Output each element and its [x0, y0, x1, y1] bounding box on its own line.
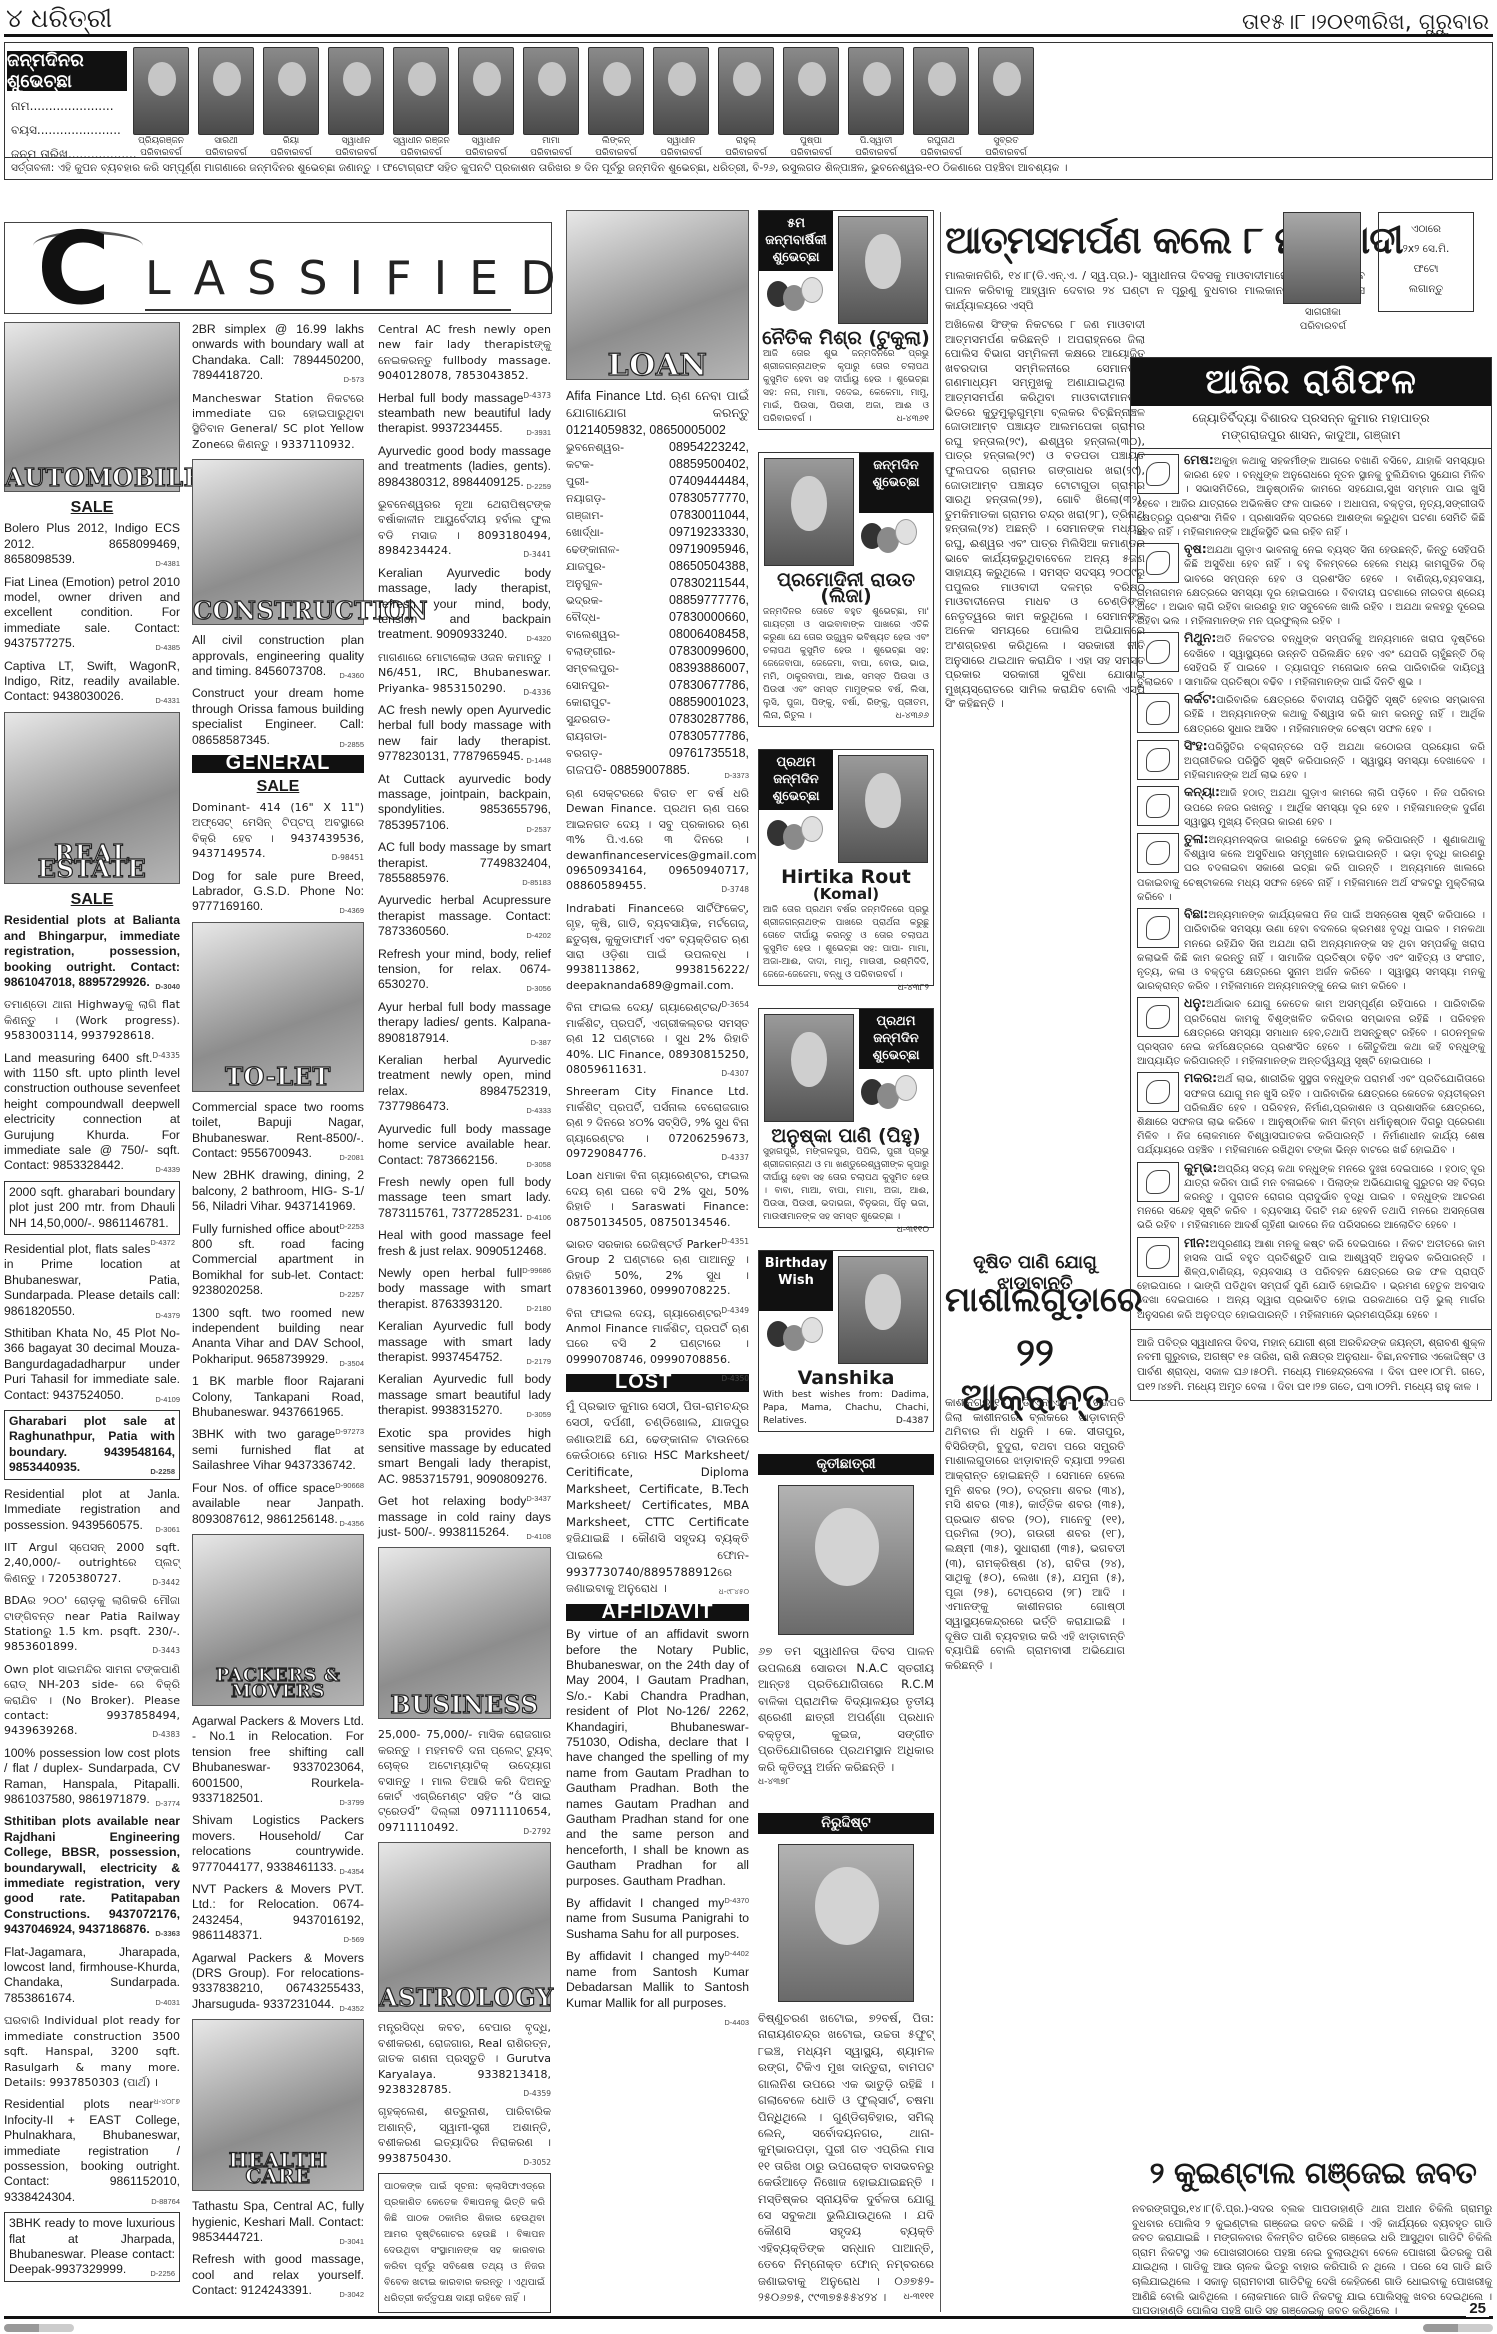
maoist-body: ଅଖିଳେଶ ସିଂଙ୍କ ନିକଟରେ ୮ ଜଣ ମାଓବାଦୀ ଆତ୍ମସମ… — [945, 318, 1145, 1238]
achiever-heading: କୃତୀଛାତ୍ରୀ — [758, 1454, 934, 1475]
birthday-kid: ସ୍ୱାଧୀନ ପରିବାରବର୍ଗ — [458, 47, 514, 159]
district-name: ବୌଦ୍ଧ- — [566, 609, 600, 626]
ad-code: D-2256 — [150, 2266, 175, 2281]
ad-text: ଘରବାରି Individual plot ready for immedia… — [4, 2014, 180, 2089]
ad-code: D-3931 — [526, 425, 551, 440]
ad-code: ଧ-୪୩୬୧ — [896, 413, 929, 426]
ad-code: D-2253 — [339, 1219, 364, 1234]
classified-banner: C LASSIFIED — [4, 222, 552, 314]
greeting-card: Birthday Wish Vanshika With best wishes … — [758, 1250, 934, 1431]
district-phone: 07830011044, — [670, 507, 749, 524]
classified-ad: Land measuring 6400 sft. with 1150 sft. … — [4, 1051, 180, 1174]
greeting-badge: ପ୍ରଥମ ଜନ୍ମଦିନ ଶୁଭେଚ୍ଛା — [859, 1009, 933, 1069]
zodiac-entry: କର୍କଟ:ପାରିବାରିକ କ୍ଷେତ୍ରରେ ବିବାଦୀୟ ପରିସ୍ଥ… — [1137, 692, 1485, 737]
zodiac-reading: ଅଯଥା ଗୁଡ଼ାଏ ଭାବନାକୁ ନେଇ ବ୍ୟସ୍ତ ସିନା ହେଉଛ… — [1137, 545, 1485, 627]
district-phone: 08954223242, — [669, 439, 749, 456]
classified-ad: 3BHK ready to move luxurious flat at Jha… — [4, 2212, 180, 2282]
birthday-kid: ରାହୁଲ୍ ପରିବାରବର୍ଗ — [718, 47, 774, 159]
ad-code: D-573 — [344, 372, 364, 387]
kid-name: ପ୍ରିୟରଞ୍ଜନ — [133, 135, 189, 147]
ad-code: D-2855 — [339, 737, 364, 752]
ad-text: Ayurvedic herbal Acupressure therapist m… — [378, 893, 551, 938]
ad-code: ଧ-୪୩୬୬ — [896, 710, 930, 723]
classified-ad: ମାଗଣାରେ ମୋଟାଲୋକ ଓଜନ କମାନ୍ତୁ । N6/451, IR… — [378, 650, 551, 696]
zodiac-reading: ଅକୁହା କଥାକୁ ସହକର୍ମୀଙ୍କ ଆଗରେ ବଖାଣି ବସିବେ,… — [1137, 456, 1485, 538]
classified-ad: Sthitiban plots available near Rajdhani … — [4, 1814, 180, 1937]
classified-ad: Fiat Linea (Emotion) petrol 2010 model, … — [4, 575, 180, 652]
greeting-badge: ୫ମ ଜନ୍ମବାର୍ଷିକୀ ଶୁଭେଚ୍ଛା — [759, 211, 833, 271]
zodiac-name: ତୁଳା: — [1184, 831, 1209, 846]
district-phone: 08393886007, — [669, 660, 749, 677]
classified-ad: By affidavit I changed my name from Sant… — [566, 1949, 749, 2011]
ad-code: D-4356 — [339, 1516, 364, 1531]
ad-code: D-2537 — [526, 822, 551, 837]
ad-code: D-4339 — [155, 1162, 180, 1177]
classified-ad: Exotic spa provides high sensitive massa… — [378, 1426, 551, 1488]
classified-ad: Refresh with good massage, cool and rela… — [192, 2252, 364, 2298]
classified-ad: Keralian Ayurvedic full body massage wit… — [378, 1319, 551, 1365]
classified-ad: Indrabati Financeରେ ସାର୍ଟିଫିକେଟ୍, ଗୃହ, କ… — [566, 901, 749, 993]
reader-notice: ପାଠକଙ୍କ ପାଇଁ ସୂଚନା: କ୍ଲାସିଫାଏଡ୍‌ରେ ପ୍ରକା… — [378, 2173, 551, 2313]
ad-text: Central AC fresh newly open new fair lad… — [378, 323, 551, 382]
zodiac-entry: ମିଥୁନ:ଅତି ନିକଟତର ବନ୍ଧୁଙ୍କ ସମ୍ପର୍କକୁ ଅନ୍ୟ… — [1137, 631, 1485, 690]
zodiac-sign-icon — [1137, 693, 1179, 733]
classified-ad: By affidavit I changed my name from Susu… — [566, 1896, 749, 1942]
ad-text: Keralian herbal Ayurvedic treatment newl… — [378, 1053, 551, 1113]
horoscope-box: ଆଜିର ରାଶିଫଳ ଜ୍ୟୋତିର୍ବିଦ୍ୟା ବିଶାରଦ ପ୍ରସନ୍… — [1130, 357, 1492, 1401]
greeting-photo — [764, 458, 854, 566]
ad-text: Refresh with good massage, cool and rela… — [192, 2252, 364, 2297]
greeting-card: ୫ମ ଜନ୍ମବାର୍ଷିକୀ ଶୁଭେଚ୍ଛା ନୈତିକ ମିଶ୍ର (ଟୁ… — [758, 210, 934, 430]
real-estate-category-image: REAL ESTATE — [4, 712, 180, 884]
classified-ad: Heal with good massage feel fresh & just… — [378, 1228, 551, 1259]
greeting-message-block: ସୁହାଗପୁର, ମଙ୍ଗଳପୁର, ପିପିଲି, ପୁରୀ ପ୍ରଭୁ ଶ… — [759, 1146, 933, 1227]
zodiac-name: ମେଷ: — [1184, 452, 1214, 467]
ad-text: All civil construction plan approvals, e… — [192, 633, 364, 678]
zodiac-sign-icon — [1137, 740, 1179, 780]
classified-ad: 2000 sqft. gharabari boundary plot just … — [4, 1181, 180, 1235]
ad-code: D-4350 — [721, 1371, 749, 1386]
zodiac-reading: ଅପୂରଣୀୟ ଆଶା ମନକୁ କଷ୍ଟ କରି ଦେଇପାରେ । ନିକଟ… — [1137, 1239, 1485, 1321]
column-rule — [940, 212, 941, 2312]
classified-ad: Gharabari plot sale at Raghunathpur, Pat… — [4, 1410, 180, 1480]
ad-code: D-4373 — [523, 388, 551, 403]
birthday-kid: ଲିଙ୍କନ୍ ପରିବାରବର୍ଗ — [588, 47, 644, 159]
district-phone-row: ସୋନପୁର- 07830677786, — [566, 677, 749, 694]
district-name: ଭୁବନେଶ୍ୱର- — [566, 439, 624, 456]
astrology-category-image: ASTROLOGY — [378, 1842, 551, 2012]
classified-ad: 2BR simplex @ 16.99 lakhs onwards with b… — [192, 322, 364, 384]
property-ads: 2BR simplex @ 16.99 lakhs onwards with b… — [192, 322, 364, 452]
district-phone: 09719095946, — [669, 541, 749, 558]
zodiac-reading: ଅର୍ଥ ଲାଭ, ଶାରୀରିକ ସୁସ୍ଥତା ବନ୍ଧୁଙ୍କ ପରାମର… — [1137, 1074, 1485, 1156]
district-phone-row: ଢେଙ୍କାନାଳ- 09719095946, — [566, 541, 749, 558]
classified-ad: Loan ଧମାକା ବିନା ଗ୍ୟାରେଣ୍ଟର, ଫାଇଲ ଦେୟ ଋଣ … — [566, 1168, 749, 1230]
ad-text: Mancheswar Station ନିକଟରେ immediate ଘର ହ… — [192, 392, 364, 451]
ad-text: Fully furnished office about 800 sft. ro… — [192, 1222, 364, 1298]
classified-ad: Ayurvedic full body massage home service… — [378, 1122, 551, 1168]
date-line: ତା୧୫।୮।୨୦୧୩ରିଖ, ଗୁରୁବାର — [1242, 10, 1489, 35]
classified-word: LASSIFIED — [145, 251, 578, 305]
ad-code: D-1448 — [526, 753, 551, 768]
ad-text: Ayur herbal full body massage therapy la… — [378, 1000, 551, 1045]
district-phone-row: ସମ୍ବଲପୁର- 08393886007, — [566, 660, 749, 677]
classified-ad: New 2BHK drawing, dining, 2 balcony, 2 b… — [192, 1168, 364, 1214]
loan-category-image: LOAN — [566, 210, 749, 380]
classified-ad: AC full body massage by smart therapist.… — [378, 840, 551, 886]
ad-code: D-3061 — [155, 1522, 180, 1537]
afifa-last: ଗଜପତି- 08859007885. — [566, 763, 690, 777]
classified-underline — [145, 309, 511, 311]
kid-photo — [523, 47, 579, 135]
greeting-name-line: Vanshika — [759, 1369, 933, 1388]
classified-ad: Keralian herbal Ayurvedic treatment newl… — [378, 1053, 551, 1115]
greeting-badge: ପ୍ରଥମ ଜନ୍ମଦିନ ଶୁଭେଚ୍ଛା — [759, 750, 833, 810]
birthday-kid: ରିୟା ପରିବାରବର୍ଗ — [263, 47, 319, 159]
page-number: 25 — [1466, 2300, 1489, 2317]
zodiac-reading: ପରିସ୍ଥିତିର ଚକ୍ରାନ୍ତରେ ପଡ଼ି ଅଯଥା କଠୋରତା ପ… — [1184, 742, 1485, 781]
ad-text: Refresh your mind, body, relief tension,… — [378, 947, 551, 992]
district-phone: 09761735518, — [669, 745, 749, 762]
balloons-icon — [767, 277, 829, 325]
district-phone-row: ଭୁବନେଶ୍ୱର- 08954223242, — [566, 439, 749, 456]
kid-name: ସ୍ୱାଧୀନ — [458, 135, 514, 147]
classified-ad: ଗୃହକ୍ଲେଶ, ଶତ୍ରୁନାଶ, ପାରିବାରିକ ଅଶାନ୍ତି, ସ… — [378, 2104, 551, 2166]
business-label: BUSINESS — [379, 1697, 550, 1712]
classified-ad: Fresh newly open full body massage teen … — [378, 1175, 551, 1221]
to-let-label: TO-LET — [193, 1069, 363, 1084]
ad-text: 2000 sqft. gharabari boundary plot just … — [9, 1185, 175, 1230]
ad-code: D-3040 — [155, 979, 180, 994]
zodiac-name: ମୀନ: — [1184, 1235, 1210, 1250]
classified-ad: Agarwal Packers & Movers Ltd. - No.1 in … — [192, 1714, 364, 1806]
ad-code: D-4320 — [526, 631, 551, 646]
ad-text: Ayurvedic full body massage home service… — [378, 1122, 551, 1167]
zodiac-name: ବୃଷ: — [1184, 541, 1207, 556]
ad-code: D-4351 — [721, 1234, 749, 1249]
automobile-ads: Bolero Plus 2012, Indigo ECS 2012. 86580… — [4, 521, 180, 704]
greeting-message-block: With best wishes from: Dadima, Papa, Mam… — [759, 1389, 933, 1431]
birthday-kid: ମାମା ପରିବାରବର୍ଗ — [523, 47, 579, 159]
district-phone: 07830287786, — [669, 711, 749, 728]
ad-text: At Cuttack ayurvedic body massage, joint… — [378, 772, 551, 832]
zodiac-sign-icon — [1137, 1162, 1179, 1202]
ad-code: ଧ-୪୩୮୨ — [898, 982, 929, 995]
district-phone: 07830099600, — [669, 643, 749, 660]
ad-code: D-2257 — [339, 1287, 364, 1302]
ad-text: New 2BHK drawing, dining, 2 balcony, 2 b… — [192, 1168, 364, 1213]
ad-code: D-99686 — [522, 1263, 551, 1278]
ad-text: Exotic spa provides high sensitive massa… — [378, 1426, 551, 1486]
kid-name: ସାରଥୀ — [198, 135, 254, 147]
sale-heading: SALE — [4, 500, 180, 515]
ad-code: D-4402 — [724, 1946, 749, 1961]
classified-ad: Commercial space two rooms toilet, Bapuj… — [192, 1100, 364, 1162]
ad-code: D-3442 — [152, 1575, 180, 1590]
kid-photo — [328, 47, 384, 135]
zodiac-name: କୁମ୍ଭ: — [1184, 1160, 1217, 1175]
kid-name: ସ୍ୱାଧୀନ — [653, 135, 709, 147]
photo-box-line: ୨x୨ ସେ.ମି. — [1379, 239, 1473, 259]
balloons-icon — [767, 1317, 829, 1365]
kid-photo — [718, 47, 774, 135]
loan-ads: ଋଣ ସେକ୍ଟରରେ ବିଗତ ୧୮ ବର୍ଷ ଧରି Dewan Finan… — [566, 786, 749, 1367]
ad-code: ଧ-୪୩୭୮ — [758, 1775, 934, 1790]
ad-code: D-2081 — [339, 1150, 364, 1165]
ad-text: 100% possession low cost plots / flat / … — [4, 1746, 180, 1806]
classified-column-1: AUTOMOBILE SALE Bolero Plus 2012, Indigo… — [4, 322, 180, 2289]
ad-text: 1300 sqft. two roomed new independent bu… — [192, 1306, 364, 1366]
photo-placeholder-box: ଏଠାରେ ୨x୨ ସେ.ମି. ଫଟୋ ଲଗାନ୍ତୁ — [1378, 212, 1474, 312]
footer-decoration — [4, 2324, 74, 2332]
construction-ads: All civil construction plan approvals, e… — [192, 633, 364, 748]
ad-code: D-4354 — [339, 1864, 364, 1879]
ad-text: 2BR simplex @ 16.99 lakhs onwards with b… — [192, 322, 364, 382]
classified-ad: Sthitiban Khata No, 45 Plot No-366 bagay… — [4, 1326, 180, 1403]
ad-code: D-3056 — [526, 981, 551, 996]
astrologer-credit: ଜ୍ୟୋତିର୍ବିଦ୍ୟା ବିଶାରଦ ପ୍ରସନ୍ନ କୁମାର ମହାପ… — [1131, 406, 1491, 449]
loan-label: LOAN — [567, 358, 748, 373]
zodiac-name: ଧନୁ: — [1184, 995, 1206, 1010]
classified-ad: Ayur herbal full body massage therapy la… — [378, 1000, 551, 1046]
district-phone: 08859500402, — [669, 456, 749, 473]
greeting-name-line: ନୈତିକ ମିଶ୍ର (ଟୁକୁଲା) — [759, 329, 933, 348]
district-name: କଟକ- — [566, 456, 594, 473]
kid-photo — [133, 47, 189, 135]
balloons-icon — [861, 519, 923, 567]
kid-photo — [913, 47, 969, 135]
ad-code: D-2179 — [526, 1354, 551, 1369]
ad-code: D-387 — [531, 1035, 551, 1050]
district-name: ବଲାଙ୍ଗୀର- — [566, 643, 616, 660]
ad-code: D-569 — [344, 1932, 364, 1947]
photo-box-line: ଏଠାରେ — [1379, 219, 1473, 239]
ad-code: D-4372 — [150, 1235, 175, 1250]
packers-ads: Agarwal Packers & Movers Ltd. - No.1 in … — [192, 1714, 364, 2012]
classified-ad: ଋଣ ସେକ୍ଟରରେ ବିଗତ ୧୮ ବର୍ଷ ଧରି Dewan Finan… — [566, 786, 749, 894]
afifa-intro: Afifa Finance Ltd. ଋଣ ନେବା ପାଇଁ ଯୋଗାଯୋଗ … — [566, 388, 749, 439]
classified-ad: Keralian Ayurvedic body massage, lady th… — [378, 566, 551, 643]
to-let-ads: Commercial space two rooms toilet, Bapuj… — [192, 1100, 364, 1527]
footer-rule — [4, 2316, 1493, 2319]
zodiac-entry: ମକର:ଅର୍ଥ ଲାଭ, ଶାରୀରିକ ସୁସ୍ଥତା ବନ୍ଧୁଙ୍କ ପ… — [1137, 1071, 1485, 1158]
district-name: ପୁରୀ- — [566, 473, 589, 490]
ad-text: By affidavit I changed my name from Sant… — [566, 1949, 749, 2009]
ad-code: D-4387 — [896, 1415, 929, 1428]
zodiac-sign-icon — [1137, 833, 1179, 873]
classified-ad: Own plot ସାଇମନ୍ଦିର ସାମନା ଟଙ୍କପାଣି ରୋଡ୍ N… — [4, 1662, 180, 1739]
greeting-message-block: ଜନ୍ମଦିନର ତୋତେ ବହୁତ ଶୁଭେଚ୍ଛା, ମା' ଗାୟତ୍ରୀ… — [759, 606, 933, 726]
construction-category-image: CONSTRUCTION — [192, 459, 364, 625]
ad-text: Fiat Linea (Emotion) petrol 2010 model, … — [4, 575, 180, 651]
ad-code: D-4031 — [155, 1995, 180, 2010]
massage-ads: Central AC fresh newly open new fair lad… — [378, 322, 551, 1540]
kid-name: ପୁଷ୍ପା — [783, 135, 839, 147]
district-name: ଅନୁଗୁଳ- — [566, 575, 603, 592]
ad-code: D-3363 — [155, 1926, 180, 1941]
district-phone-row: ପୁରୀ- 07409444484, — [566, 473, 749, 490]
ad-text: Agarwal Packers & Movers (DRS Group). Fo… — [192, 1951, 364, 2011]
district-phone: 08006408458, — [669, 626, 749, 643]
lost-ad: ମୁଁ ପ୍ରଭାତ କୁମାର ସେଠୀ, ପିତା-ରାମଚନ୍ଦ୍ର ସେ… — [566, 1398, 749, 1597]
zodiac-list: ମେଷ:ଅକୁହା କଥାକୁ ସହକର୍ମୀଙ୍କ ଆଗରେ ବଖାଣି ବସ… — [1131, 449, 1491, 1329]
district-phone-row: ରାୟଗଡା- 07830577786, — [566, 728, 749, 745]
health-care-category-image: HEALTH CARE — [192, 2019, 364, 2191]
ad-code: D-4106 — [526, 1210, 551, 1225]
district-phone-row: ବଲାଙ୍ଗୀର- 07830099600, — [566, 643, 749, 660]
ad-code: D-4108 — [526, 1529, 551, 1544]
age-field: ବୟସ...................... — [11, 123, 121, 138]
ad-text: Residential plot, flats sales in Prime l… — [4, 1242, 180, 1318]
district-phone: 07830677786, — [669, 677, 749, 694]
zodiac-sign-icon — [1137, 908, 1179, 948]
greeting-name: ପ୍ରମୋଦିନୀ ରାଉତ (ଲିଜା) — [777, 569, 915, 606]
health-ads: Tathastu Spa, Central AC, fully hygienic… — [192, 2199, 364, 2298]
ad-text: Sthitiban plots available near Rajdhani … — [4, 1814, 180, 1936]
classified-ad: Residential plot at Janla. Immediate reg… — [4, 1487, 180, 1533]
ad-text: Commercial space two rooms toilet, Bapuj… — [192, 1100, 364, 1160]
kid-photo — [393, 47, 449, 135]
zodiac-name: ବିଛା: — [1184, 906, 1208, 921]
classified-ad: BDAର ୨୦୦' ରୋଡ଼କୁ ଲାଗିକରି ମୌଜା ଟାଙ୍ଗିବନ୍ତ… — [4, 1593, 180, 1655]
birthday-strip-title: ଜନ୍ମଦିନର ଶୁଭେଚ୍ଛା — [7, 51, 127, 91]
district-name: କୋରାପୁଟ- — [566, 694, 611, 711]
district-phone-row: ବରଗଡ଼- 09761735518, — [566, 745, 749, 762]
greeting-name: ଅନୁଷ୍କା ପାଣି (ପିହୁ) — [771, 1125, 920, 1147]
astrology-ads: ମନ୍ତ୍ରସିଦ୍ଧ କବଚ, ବେପାର ବୃଦ୍ଧି, ବଶୀକରଣ, ର… — [378, 2020, 551, 2166]
district-phone-row: ବାଲେଶ୍ୱର- 08006408458, — [566, 626, 749, 643]
ad-code: D-4369 — [339, 903, 364, 918]
ad-text: Land measuring 6400 sft. with 1150 sft. … — [4, 1051, 180, 1173]
ad-code: D-3654 — [721, 997, 749, 1012]
ad-code: D-2259 — [526, 479, 551, 494]
classified-column-2: 2BR simplex @ 16.99 lakhs onwards with b… — [192, 322, 364, 2306]
balloons-icon — [767, 816, 829, 864]
birthday-kid: ସାରଥୀ ପରିବାରବର୍ଗ — [198, 47, 254, 159]
district-phone-row: କଟକ- 08859500402, — [566, 456, 749, 473]
classified-initial: C — [37, 223, 110, 315]
kid-photo — [198, 47, 254, 135]
kid-name: ରଘୁନାଥ — [913, 135, 969, 147]
ad-code: ଧ-୩୧୧୧ — [904, 2289, 934, 2305]
ad-code: D-3799 — [339, 1795, 364, 1810]
district-name: ବାଲେଶ୍ୱର- — [566, 626, 620, 643]
zodiac-sign-icon — [1137, 1237, 1179, 1277]
ad-text: ତମାଣ୍ଡୋ ଥାନା Highwayକୁ ଲାଗି flat କିଣନ୍ତୁ… — [4, 998, 180, 1042]
greeting-name: ନୈତିକ ମିଶ୍ର (ଟୁକୁଲା) — [762, 327, 930, 349]
district-name: ବରଗଡ଼- — [566, 745, 602, 762]
ad-code: D-3437 — [526, 1491, 551, 1506]
classified-ad: Get hot relaxing body massage in cold ra… — [378, 1494, 551, 1540]
kid-photo — [588, 47, 644, 135]
greeting-message: ଆଜି ତୋର ଶୁଭ ଜନ୍ମଦିନରେ ପ୍ରଭୁ ଶ୍ରୀଜଗନ୍ନାଥଙ… — [763, 349, 929, 424]
classified-ad: Central AC fresh newly open new fair lad… — [378, 322, 551, 384]
district-phone: 07830000660, — [669, 609, 749, 626]
greeting-name: Vanshika — [798, 1367, 895, 1389]
birthday-kid: ସୁବ୍ରତ ପରିବାରବର୍ଗ — [978, 47, 1034, 159]
district-name: ଭଦ୍ରକ- — [566, 592, 603, 609]
classified-ad: Keralian Ayurvedic full body massage sma… — [378, 1372, 551, 1418]
zodiac-entry: ସିଂହ:ପରିସ୍ଥିତିର ଚକ୍ରାନ୍ତରେ ପଡ଼ି ଅଯଥା କଠୋ… — [1137, 739, 1485, 784]
ad-code: D-88764 — [151, 2194, 180, 2209]
ad-text: Sthitiban Khata No, 45 Plot No-366 bagay… — [4, 1326, 180, 1402]
ad-text: Residential plots near Infocity-II + EAS… — [4, 2097, 180, 2203]
ad-code: D-4370 — [724, 1893, 749, 1908]
zodiac-reading: ପାରିବାରିକ କ୍ଷେତ୍ରରେ ବିବାଦୀୟ ପରିସ୍ଥିତି ସୃ… — [1184, 695, 1485, 734]
classified-ad: Residential plot, flats sales in Prime l… — [4, 1242, 180, 1319]
ad-text: Flat-Jagamara, Jharapada, lowcost land, … — [4, 1945, 180, 2005]
photo-box-line: ଲଗାନ୍ତୁ — [1379, 279, 1473, 299]
ad-text: Agarwal Packers & Movers Ltd. - No.1 in … — [192, 1714, 364, 1805]
greeting-photo — [838, 755, 928, 863]
zodiac-name: ସିଂହ: — [1184, 738, 1208, 753]
ad-code: D-4359 — [523, 2086, 551, 2101]
astrologer-name: ଜ୍ୟୋତିର୍ବିଦ୍ୟା ବିଶାରଦ ପ୍ରସନ୍ନ କୁମାର ମହାପ… — [1131, 410, 1491, 427]
ad-code: D-4336 — [523, 685, 551, 700]
kid-name: ଲିଙ୍କନ୍ — [588, 135, 644, 147]
ad-text: 25,000- 75,000/- ମାସିକ ରୋଜଗାର କରନ୍ତୁ । ମ… — [378, 1728, 551, 1833]
ad-code: D-4333 — [526, 1103, 551, 1118]
ad-code: ଧ-୯୮୪୫୦ — [719, 1584, 749, 1601]
zodiac-sign-icon — [1137, 1072, 1179, 1112]
district-phone: 09719233330, — [669, 524, 749, 541]
classified-ad: Ayurvedic herbal Acupressure therapist m… — [378, 893, 551, 939]
zodiac-entry: କନ୍ୟା:ଆଜି ହଠାତ୍ ଅଯଥା ଗୁଡ଼ାଏ କାମରେ ଲାଗି ପ… — [1137, 785, 1485, 830]
zodiac-entry: କୁମ୍ଭ:ଅପ୍ରିୟ ସତ୍ୟ କଥା ବନ୍ଧୁଙ୍କ ମନରେ ଦୁଃଖ… — [1137, 1161, 1485, 1234]
zodiac-reading: ଆଜି ହଠାତ୍ ଅଯଥା ଗୁଡ଼ାଏ କାମରେ ଲାଗି ପଡ଼ିବେ … — [1184, 788, 1485, 827]
classified-ad: ମନ୍ତ୍ରସିଦ୍ଧ କବଚ, ବେପାର ବୃଦ୍ଧି, ବଶୀକରଣ, ର… — [378, 2020, 551, 2097]
district-name: ସୁନ୍ଦରଗଡ- — [566, 711, 610, 728]
classified-ad: ତମାଣ୍ଡୋ ଥାନା Highwayକୁ ଲାଗି flat କିଣନ୍ତୁ… — [4, 997, 180, 1043]
district-name: ସୋନପୁର- — [566, 677, 609, 694]
general-ads: Dominant- 414 (16" X 11") ଅଫ୍‌ସେଟ୍ ମେସିନ… — [192, 800, 364, 915]
ad-text: Fresh newly open full body massage teen … — [378, 1175, 551, 1220]
page-label: ୪ ଧରିତ୍ରୀ — [6, 4, 112, 35]
zodiac-sign-icon — [1137, 454, 1179, 494]
birthday-kid: ପି.ସ୍ୱାତୀ ପରିବାରବର୍ଗ — [848, 47, 904, 159]
district-phone-row: କୋରାପୁଟ- 08859001023, — [566, 694, 749, 711]
ad-text: Dog for sale pure Breed, Labrador, G.S.D… — [192, 869, 364, 914]
caption-name: ସାଗରୀକା — [1276, 306, 1370, 320]
district-name: ଢେଙ୍କାନାଳ- — [566, 541, 620, 558]
jaundice-headline: ମାଶାଲଗୁଡ଼ାରେ — [945, 1280, 1125, 1320]
name-field: ନାମ...................... — [11, 99, 114, 114]
ad-text: NVT Packers & Movers PVT. Ltd.: for Relo… — [192, 1882, 364, 1942]
greeting-message: ଜନ୍ମଦିନର ତୋତେ ବହୁତ ଶୁଭେଚ୍ଛା, ମା' ଗାୟତ୍ରୀ… — [763, 607, 929, 721]
ad-code: D-3052 — [523, 2155, 551, 2170]
ad-text: ମନ୍ତ୍ରସିଦ୍ଧ କବଚ, ବେପାର ବୃଦ୍ଧି, ବଶୀକରଣ, ର… — [378, 2021, 551, 2096]
district-name: ଗଞ୍ଜାମ- — [566, 507, 604, 524]
district-name: ରାୟଗଡା- — [566, 728, 607, 745]
horoscope-title: ଆଜିର ରାଶିଫଳ — [1131, 358, 1491, 406]
ad-code: ଧ-୪୦୮୭ — [153, 2094, 180, 2109]
ad-code: D-4349 — [721, 1303, 749, 1318]
ad-code: D-4352 — [339, 2001, 364, 2016]
ad-text: Shreeram City Finance Ltd. ମାର୍କଶିଟ୍ ପ୍ର… — [566, 1085, 749, 1160]
ad-code: D-3059 — [526, 1407, 551, 1422]
ad-text: Captiva LT, Swift, WagonR, Indigo, Ritz,… — [4, 659, 180, 704]
classified-column-3: Central AC fresh newly open new fair lad… — [378, 322, 551, 2313]
greeting-message: ସୁହାଗପୁର, ମଙ୍ଗଳପୁର, ପିପିଲି, ପୁରୀ ପ୍ରଭୁ ଶ… — [763, 1147, 929, 1222]
classified-ad: NVT Packers & Movers PVT. Ltd.: for Relo… — [192, 1882, 364, 1944]
ad-text: Shivam Logistics Packers movers. Househo… — [192, 1813, 364, 1873]
greeting-card: ପ୍ରଥମ ଜନ୍ମଦିନ ଶୁଭେଚ୍ଛା Hirtika Rout (Kom… — [758, 749, 934, 986]
district-name: ଖୋର୍ଦ୍ଧା- — [566, 524, 604, 541]
affidavit-heading: AFFIDAVIT — [566, 1604, 749, 1621]
classified-ad: 25,000- 75,000/- ମାସିକ ରୋଜଗାର କରନ୍ତୁ । ମ… — [378, 1727, 551, 1835]
district-phone-row: ବୌଦ୍ଧ- 07830000660, — [566, 609, 749, 626]
ad-code: ଧ-୩୧୧୦ — [897, 1224, 929, 1237]
